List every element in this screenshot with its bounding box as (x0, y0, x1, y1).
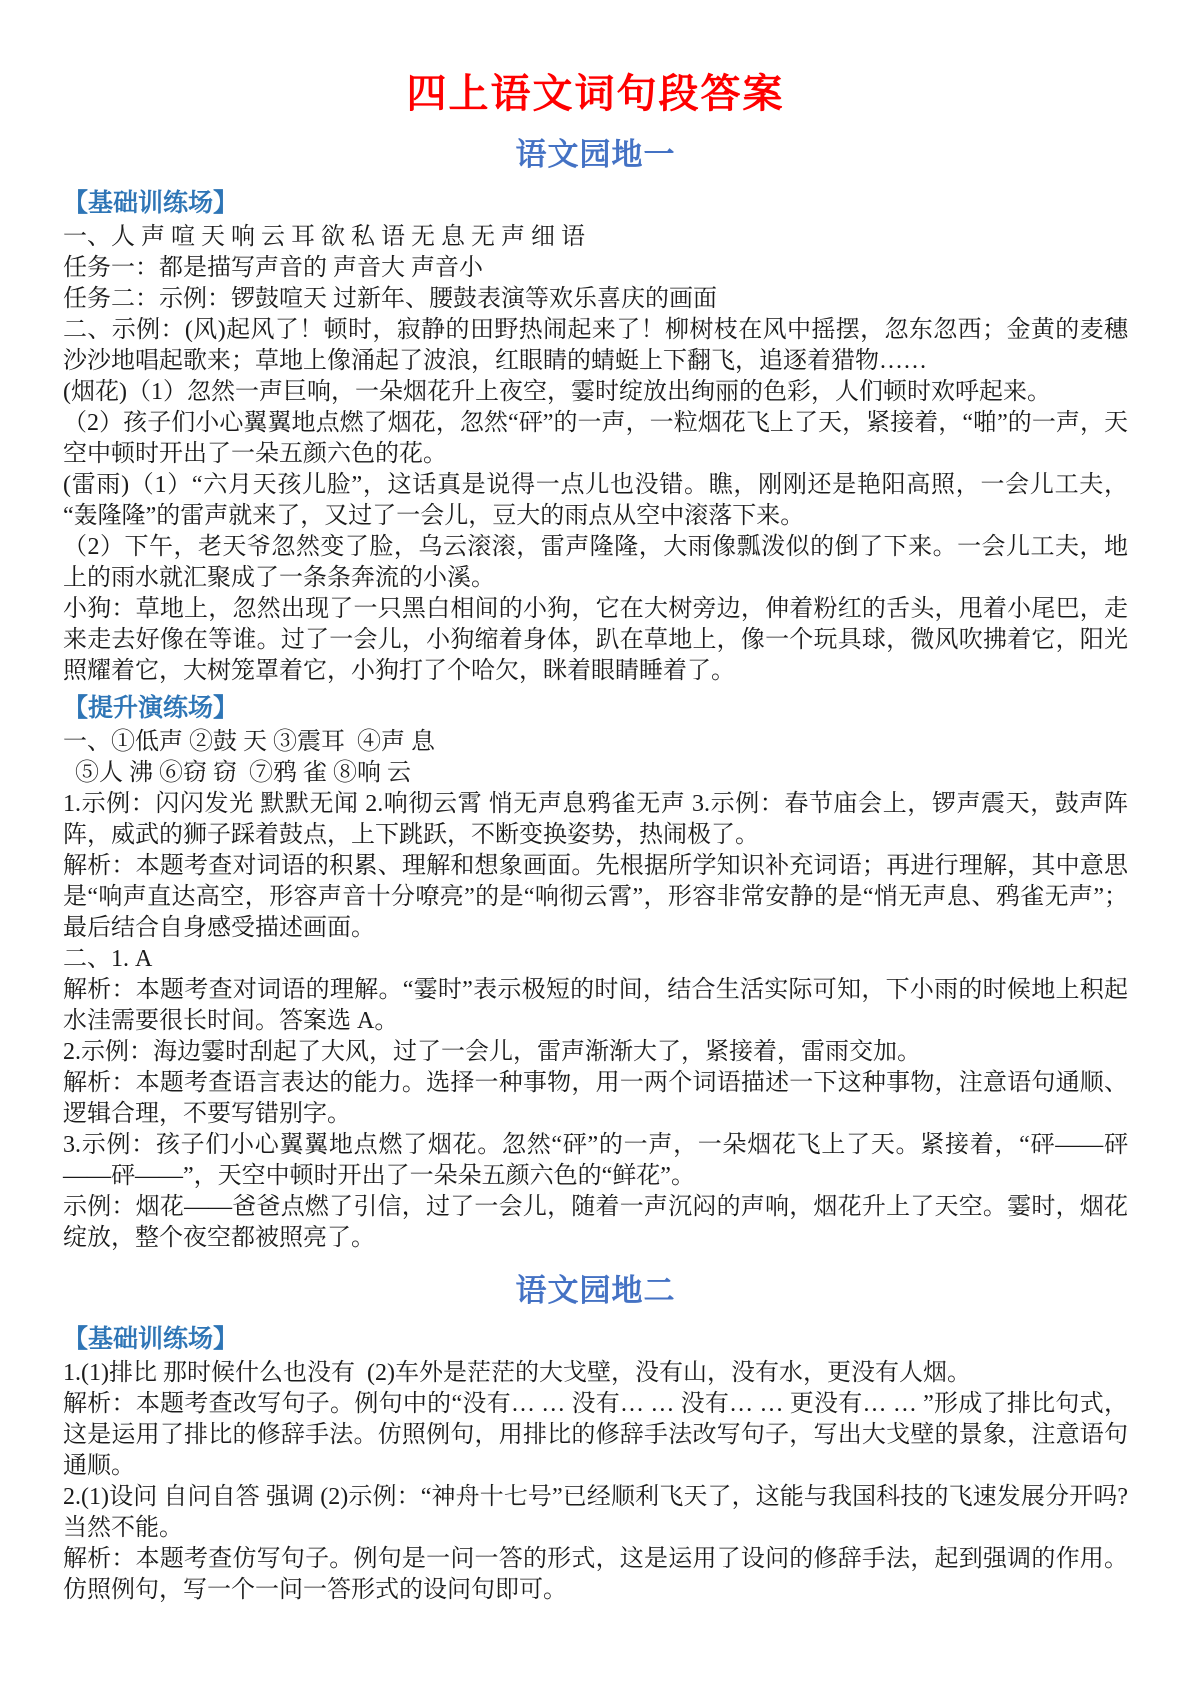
answer-paragraph: 一、人 声 喧 天 响 云 耳 欲 私 语 无 息 无 声 细 语 (63, 222, 1128, 253)
unit2-title: 语文园地二 (63, 1272, 1128, 1310)
answer-paragraph: 任务二：示例：锣鼓喧天 过新年、腰鼓表演等欢乐喜庆的画面 (63, 284, 1128, 315)
answer-paragraph: 一、①低声 ②鼓 天 ③震耳 ④声 息 (63, 727, 1128, 758)
answer-paragraph: （2）下午，老天爷忽然变了脸，乌云滚滚，雷声隆隆，大雨像瓢泼似的倒了下来。一会儿… (63, 532, 1128, 594)
answer-paragraph: 示例：烟花——爸爸点燃了引信，过了一会儿，随着一声沉闷的声响，烟花升上了天空。霎… (63, 1192, 1128, 1254)
answer-paragraph: 解析：本题考查对词语的理解。“霎时”表示极短的时间，结合生活实际可知，下小雨的时… (63, 975, 1128, 1037)
document-page: 四上语文词句段答案 语文园地一 【基础训练场】 一、人 声 喧 天 响 云 耳 … (0, 0, 1191, 1684)
unit2-basic-training-header: 【基础训练场】 (63, 1322, 1128, 1356)
answer-paragraph: (雷雨)（1）“六月天孩儿脸”，这话真是说得一点儿也没错。瞧，刚刚还是艳阳高照，… (63, 470, 1128, 532)
unit1-basic-training-header: 【基础训练场】 (63, 186, 1128, 220)
answer-paragraph: (烟花)（1）忽然一声巨响，一朵烟花升上夜空，霎时绽放出绚丽的色彩，人们顿时欢呼… (63, 377, 1128, 408)
answer-paragraph: （2）孩子们小心翼翼地点燃了烟花，忽然“砰”的一声，一粒烟花飞上了天，紧接着，“… (63, 408, 1128, 470)
unit1-title: 语文园地一 (63, 136, 1128, 174)
answer-paragraph: 解析：本题考查仿写句子。例句是一问一答的形式，这是运用了设问的修辞手法，起到强调… (63, 1544, 1128, 1606)
unit-2: 语文园地二 【基础训练场】 1.(1)排比 那时候什么也没有 (2)车外是茫茫的… (63, 1272, 1128, 1606)
answer-paragraph: 二、示例：(风)起风了！顿时，寂静的田野热闹起来了！柳树枝在风中摇摆，忽东忽西；… (63, 315, 1128, 377)
page-title: 四上语文词句段答案 (63, 70, 1128, 118)
answer-paragraph: 解析：本题考查改写句子。例句中的“没有… … 没有… … 没有… … 更没有… … (63, 1389, 1128, 1482)
answer-paragraph: ⑤人 沸 ⑥窃 窃 ⑦鸦 雀 ⑧响 云 (63, 758, 1128, 789)
answer-paragraph: 二、1. A (63, 944, 1128, 975)
answer-paragraph: 2.(1)设问 自问自答 强调 (2)示例：“神舟十七号”已经顺利飞天了，这能与… (63, 1482, 1128, 1544)
answer-paragraph: 解析：本题考查对词语的积累、理解和想象画面。先根据所学知识补充词语；再进行理解，… (63, 851, 1128, 944)
answer-paragraph: 1.示例：闪闪发光 默默无闻 2.响彻云霄 悄无声息鸦雀无声 3.示例：春节庙会… (63, 789, 1128, 851)
answer-paragraph: 小狗：草地上，忽然出现了一只黑白相间的小狗，它在大树旁边，伸着粉红的舌头，甩着小… (63, 594, 1128, 687)
unit1-advanced-drill-header: 【提升演练场】 (63, 691, 1128, 725)
unit-1: 语文园地一 【基础训练场】 一、人 声 喧 天 响 云 耳 欲 私 语 无 息 … (63, 136, 1128, 1254)
answer-paragraph: 3.示例：孩子们小心翼翼地点燃了烟花。忽然“砰”的一声，一朵烟花飞上了天。紧接着… (63, 1130, 1128, 1192)
answer-paragraph: 2.示例：海边霎时刮起了大风，过了一会儿，雷声渐渐大了，紧接着，雷雨交加。 (63, 1037, 1128, 1068)
answer-paragraph: 任务一：都是描写声音的 声音大 声音小 (63, 253, 1128, 284)
answer-paragraph: 解析：本题考查语言表达的能力。选择一种事物，用一两个词语描述一下这种事物，注意语… (63, 1068, 1128, 1130)
answer-paragraph: 1.(1)排比 那时候什么也没有 (2)车外是茫茫的大戈壁，没有山，没有水，更没… (63, 1358, 1128, 1389)
